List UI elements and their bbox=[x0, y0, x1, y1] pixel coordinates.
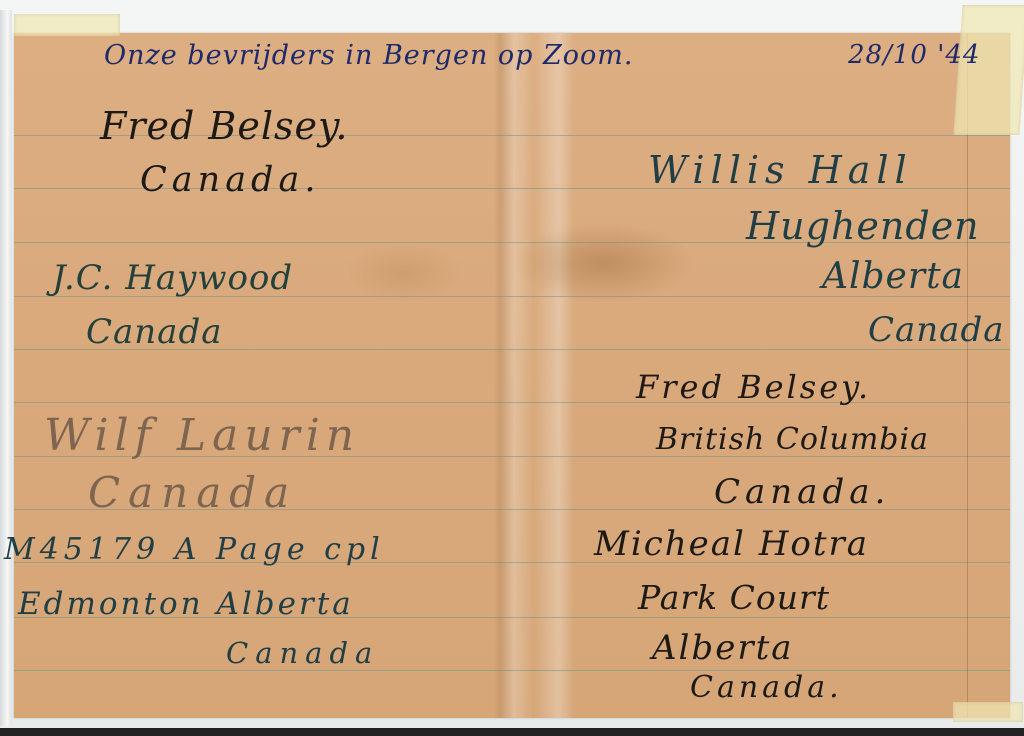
entry-line: Canada bbox=[88, 468, 297, 517]
entry-line: Edmonton Alberta bbox=[18, 586, 354, 622]
entry-name: Fred Belsey. bbox=[100, 104, 348, 148]
tape-top-left bbox=[14, 14, 120, 36]
rule-line bbox=[14, 670, 1010, 671]
entry-line: Hughenden bbox=[746, 204, 980, 248]
sleeve-edge bbox=[0, 10, 12, 726]
header-date: 28/10 '44 bbox=[848, 40, 980, 70]
entry-line: Canada. bbox=[714, 472, 890, 512]
entry-name: Wilf Laurin bbox=[44, 410, 360, 461]
entry-line: Canada. bbox=[140, 160, 320, 200]
entry-line: Canada bbox=[86, 312, 223, 352]
header-text: Onze bevrijders in Bergen op Zoom. bbox=[104, 40, 634, 71]
entry-name: M45179 A Page cpl bbox=[4, 532, 385, 567]
margin-line bbox=[967, 33, 968, 718]
entry-line: British Columbia bbox=[656, 422, 929, 457]
entry-name: Fred Belsey. bbox=[636, 368, 871, 406]
entry-line: Canada bbox=[226, 636, 379, 670]
entry-line: Park Court bbox=[638, 578, 830, 617]
entry-name: Willis Hall bbox=[648, 148, 913, 192]
entry-name: J.C. Haywood bbox=[52, 258, 293, 298]
entry-line: Alberta bbox=[652, 628, 794, 668]
bottom-border bbox=[0, 728, 1024, 736]
tape-bottom-right bbox=[953, 702, 1023, 722]
entry-line: Alberta bbox=[822, 256, 964, 297]
tape-top-right bbox=[953, 5, 1024, 135]
entry-name: Micheal Hotra bbox=[594, 524, 869, 564]
entry-line: Canada. bbox=[690, 670, 843, 705]
entry-line: Canada bbox=[868, 310, 1005, 350]
